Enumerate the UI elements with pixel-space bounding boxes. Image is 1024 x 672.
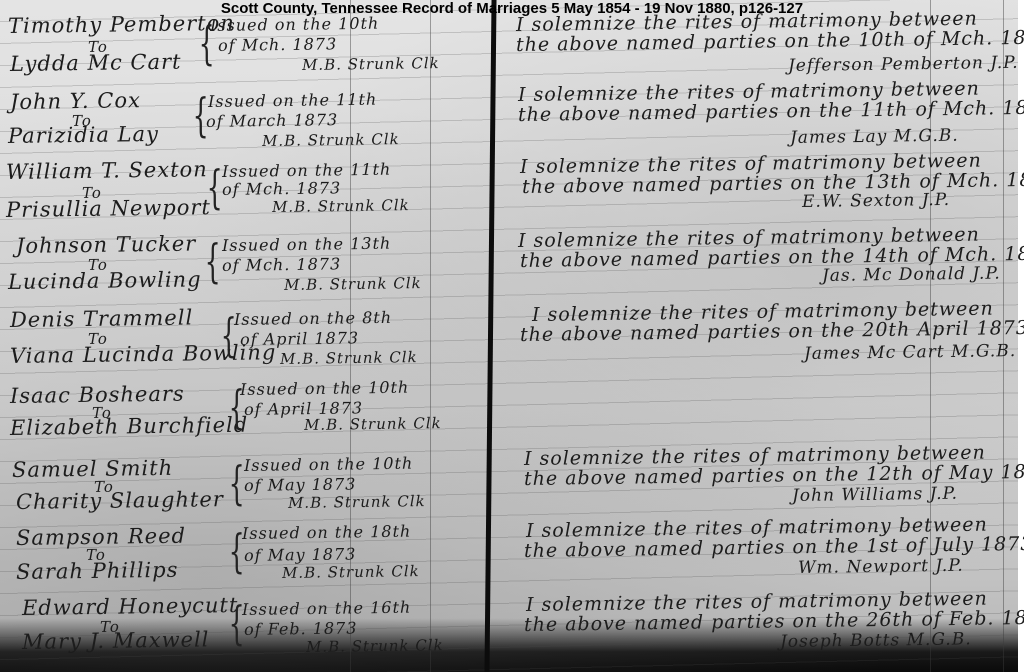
brace: { [207,164,223,210]
groom-name: John Y. Cox [10,88,141,114]
brace: { [205,238,221,284]
license-date: of April 1873 [240,328,359,349]
bride-name: Sarah Phillips [16,558,179,584]
brace: { [229,460,245,506]
license-issued: Issued on the 10th [240,378,409,399]
clerk-signature: M.B. Strunk Clk [302,54,440,74]
officiant-signature: Jas. Mc Donald J.P. [822,264,1001,286]
clerk-signature: M.B. Strunk Clk [280,348,418,368]
page-title: Scott County, Tennessee Record of Marria… [0,0,1024,18]
bride-name: Lydda Mc Cart [10,50,182,76]
license-date: of Mch. 1873 [222,254,341,275]
license-date: of Feb. 1873 [244,618,358,639]
clerk-signature: M.B. Strunk Clk [288,492,426,512]
clerk-signature: M.B. Strunk Clk [272,196,410,216]
groom-name: Edward Honeycutt [22,593,239,620]
license-issued: Issued on the 18th [242,522,411,543]
license-issued: Issued on the 10th [244,454,413,475]
clerk-signature: M.B. Strunk Clk [284,274,422,294]
officiant-signature: Jefferson Pemberton J.P. [788,53,1019,76]
clerk-signature: M.B. Strunk Clk [304,414,442,434]
officiant-signature: John Williams J.P. [792,484,958,506]
license-date: of Mch. 1873 [222,178,341,199]
groom-name: William T. Sexton [6,157,208,184]
license-issued: Issued on the 11th [222,160,391,181]
officiant-signature: James Lay M.G.B. [790,126,959,148]
officiant-signature: Joseph Botts M.G.B. [780,629,972,652]
license-date: of May 1873 [244,544,357,565]
groom-name: Johnson Tucker [16,231,197,258]
clerk-signature: M.B. Strunk Clk [262,130,400,150]
groom-name: Samuel Smith [12,456,173,482]
officiant-signature: E.W. Sexton J.P. [802,190,950,212]
bride-name: Prisullia Newport [6,195,211,222]
license-date: of May 1873 [244,474,357,495]
license-date: of Mch. 1873 [218,34,337,55]
license-date: of March 1873 [206,110,339,131]
bride-name: Mary J. Maxwell [22,627,210,654]
bride-name: Elizabeth Burchfield [10,413,249,440]
book-spine-gutter [484,0,496,672]
column-rule [430,0,431,672]
scanned-ledger-page: Scott County, Tennessee Record of Marria… [0,0,1024,672]
license-issued: Issued on the 13th [222,234,391,255]
officiant-signature: Wm. Newport J.P. [798,556,964,578]
clerk-signature: M.B. Strunk Clk [282,562,420,582]
license-issued: Issued on the 16th [242,598,411,619]
bride-name: Lucinda Bowling [8,267,202,294]
license-issued: Issued on the 11th [208,90,377,111]
bride-name: Parizidia Lay [8,122,159,148]
bride-name: Charity Slaughter [16,487,224,514]
groom-name: Denis Trammell [10,305,194,332]
clerk-signature: M.B. Strunk Clk [306,636,444,656]
license-issued: Issued on the 8th [234,308,392,329]
officiant-signature: James Mc Cart M.G.B. [804,341,1016,364]
